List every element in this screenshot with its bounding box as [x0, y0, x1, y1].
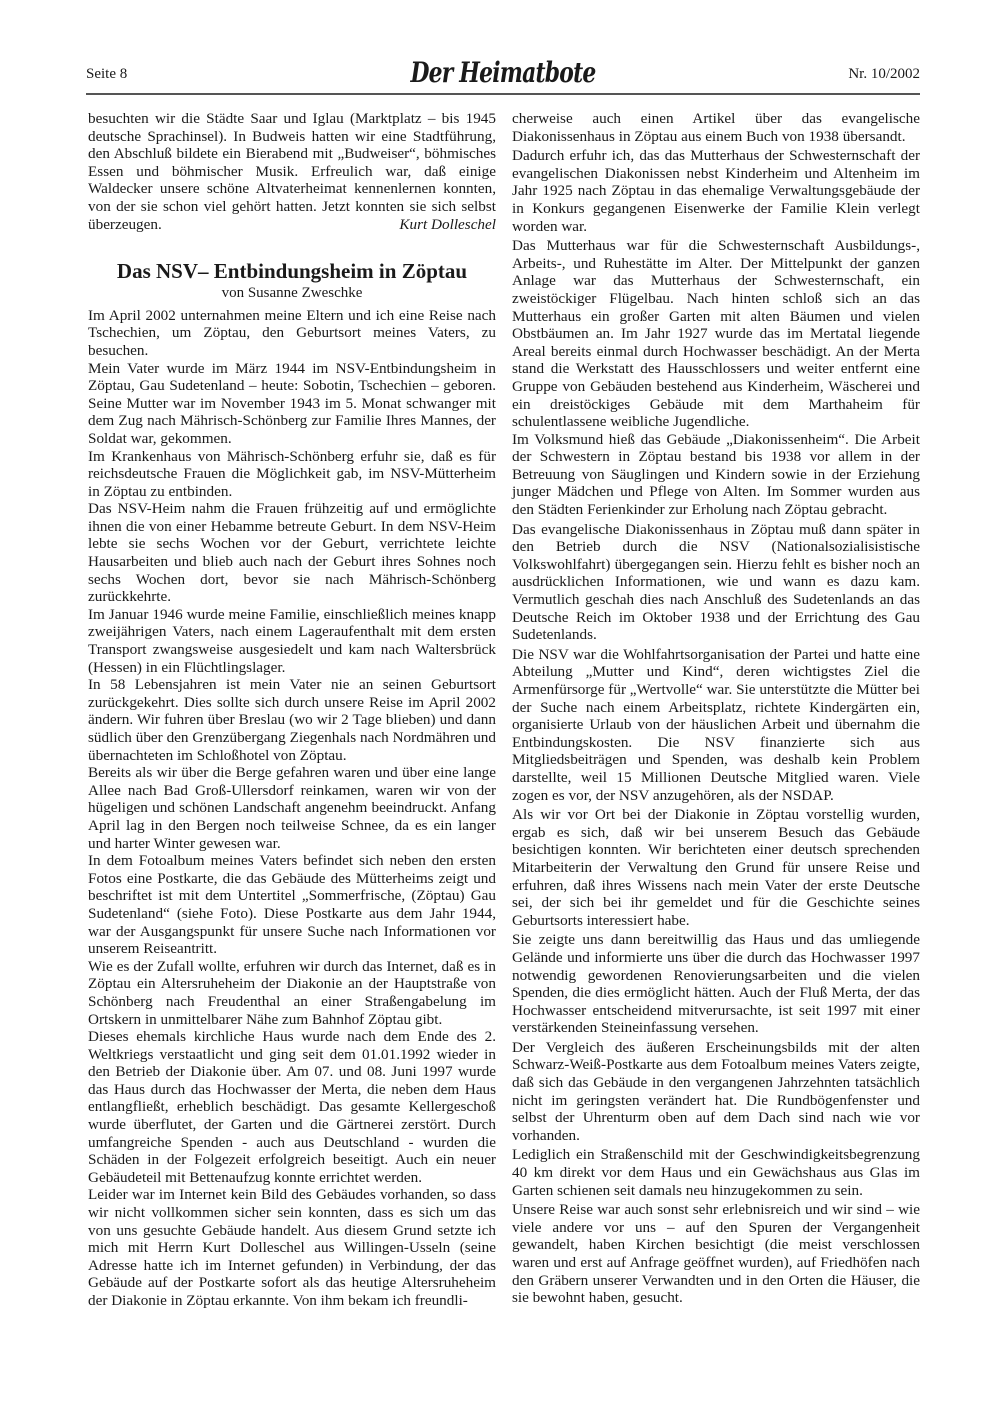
left-column: besuchten wir die Städte Saar und Iglau … [88, 110, 496, 1310]
right-column: cherweise auch einen Artikel über das ev… [512, 110, 920, 1307]
paragraph: Leider war im Internet kein Bild des Geb… [88, 1186, 496, 1309]
paragraph: Im April 2002 unternahmen meine Eltern u… [88, 307, 496, 360]
paragraph: Das evangelische Diakonissenhaus in Zöpt… [512, 521, 920, 644]
paragraph: Als wir vor Ort bei der Diakonie in Zöpt… [512, 806, 920, 929]
paragraph: Im Volksmund hieß das Gebäude „Diakoniss… [512, 431, 920, 519]
paragraph: Dadurch erfuhr ich, das das Mutterhaus d… [512, 147, 920, 235]
header-rule [86, 93, 920, 95]
previous-article-text: besuchten wir die Städte Saar und Iglau … [88, 110, 496, 233]
page-header: Seite 8 Der Heimatbote Nr. 10/2002 [86, 56, 920, 92]
article-byline: von Susanne Zweschke [88, 285, 496, 303]
paragraph: Im Januar 1946 wurde meine Familie, eins… [88, 606, 496, 676]
paragraph: Wie es der Zufall wollte, erfuhren wir d… [88, 958, 496, 1028]
paragraph: cherweise auch einen Artikel über das ev… [512, 110, 920, 145]
paragraph: Dieses ehemals kirchliche Haus wurde nac… [88, 1028, 496, 1186]
paragraph: Unsere Reise war auch sonst sehr erlebni… [512, 1201, 920, 1307]
paragraph: Sie zeigte uns dann bereitwillig das Hau… [512, 931, 920, 1037]
paragraph: Die NSV war die Wohlfahrtsorganisation d… [512, 646, 920, 804]
issue-number: Nr. 10/2002 [848, 66, 920, 83]
paragraph: Das Mutterhaus war für die Schwesternsch… [512, 237, 920, 431]
masthead-logo: Der Heimatbote [178, 56, 829, 89]
paragraph: In 58 Lebensjahren ist mein Vater nie an… [88, 676, 496, 764]
paragraph: Lediglich ein Straßenschild mit der Gesc… [512, 1146, 920, 1199]
paragraph: In dem Fotoalbum meines Vaters befindet … [88, 852, 496, 958]
paragraph: Im Krankenhaus von Mährisch-Schönberg er… [88, 448, 496, 501]
paragraph: Der Vergleich des äußeren Erscheinungsbi… [512, 1039, 920, 1145]
paragraph: Das NSV-Heim nahm die Frauen frühzeitig … [88, 500, 496, 606]
article-title: Das NSV– Entbindungsheim in Zöptau [88, 259, 496, 283]
paragraph: Bereits als wir über die Berge gefahren … [88, 764, 496, 852]
page-number: Seite 8 [86, 66, 127, 83]
paragraph: Mein Vater wurde im März 1944 im NSV-Ent… [88, 360, 496, 448]
